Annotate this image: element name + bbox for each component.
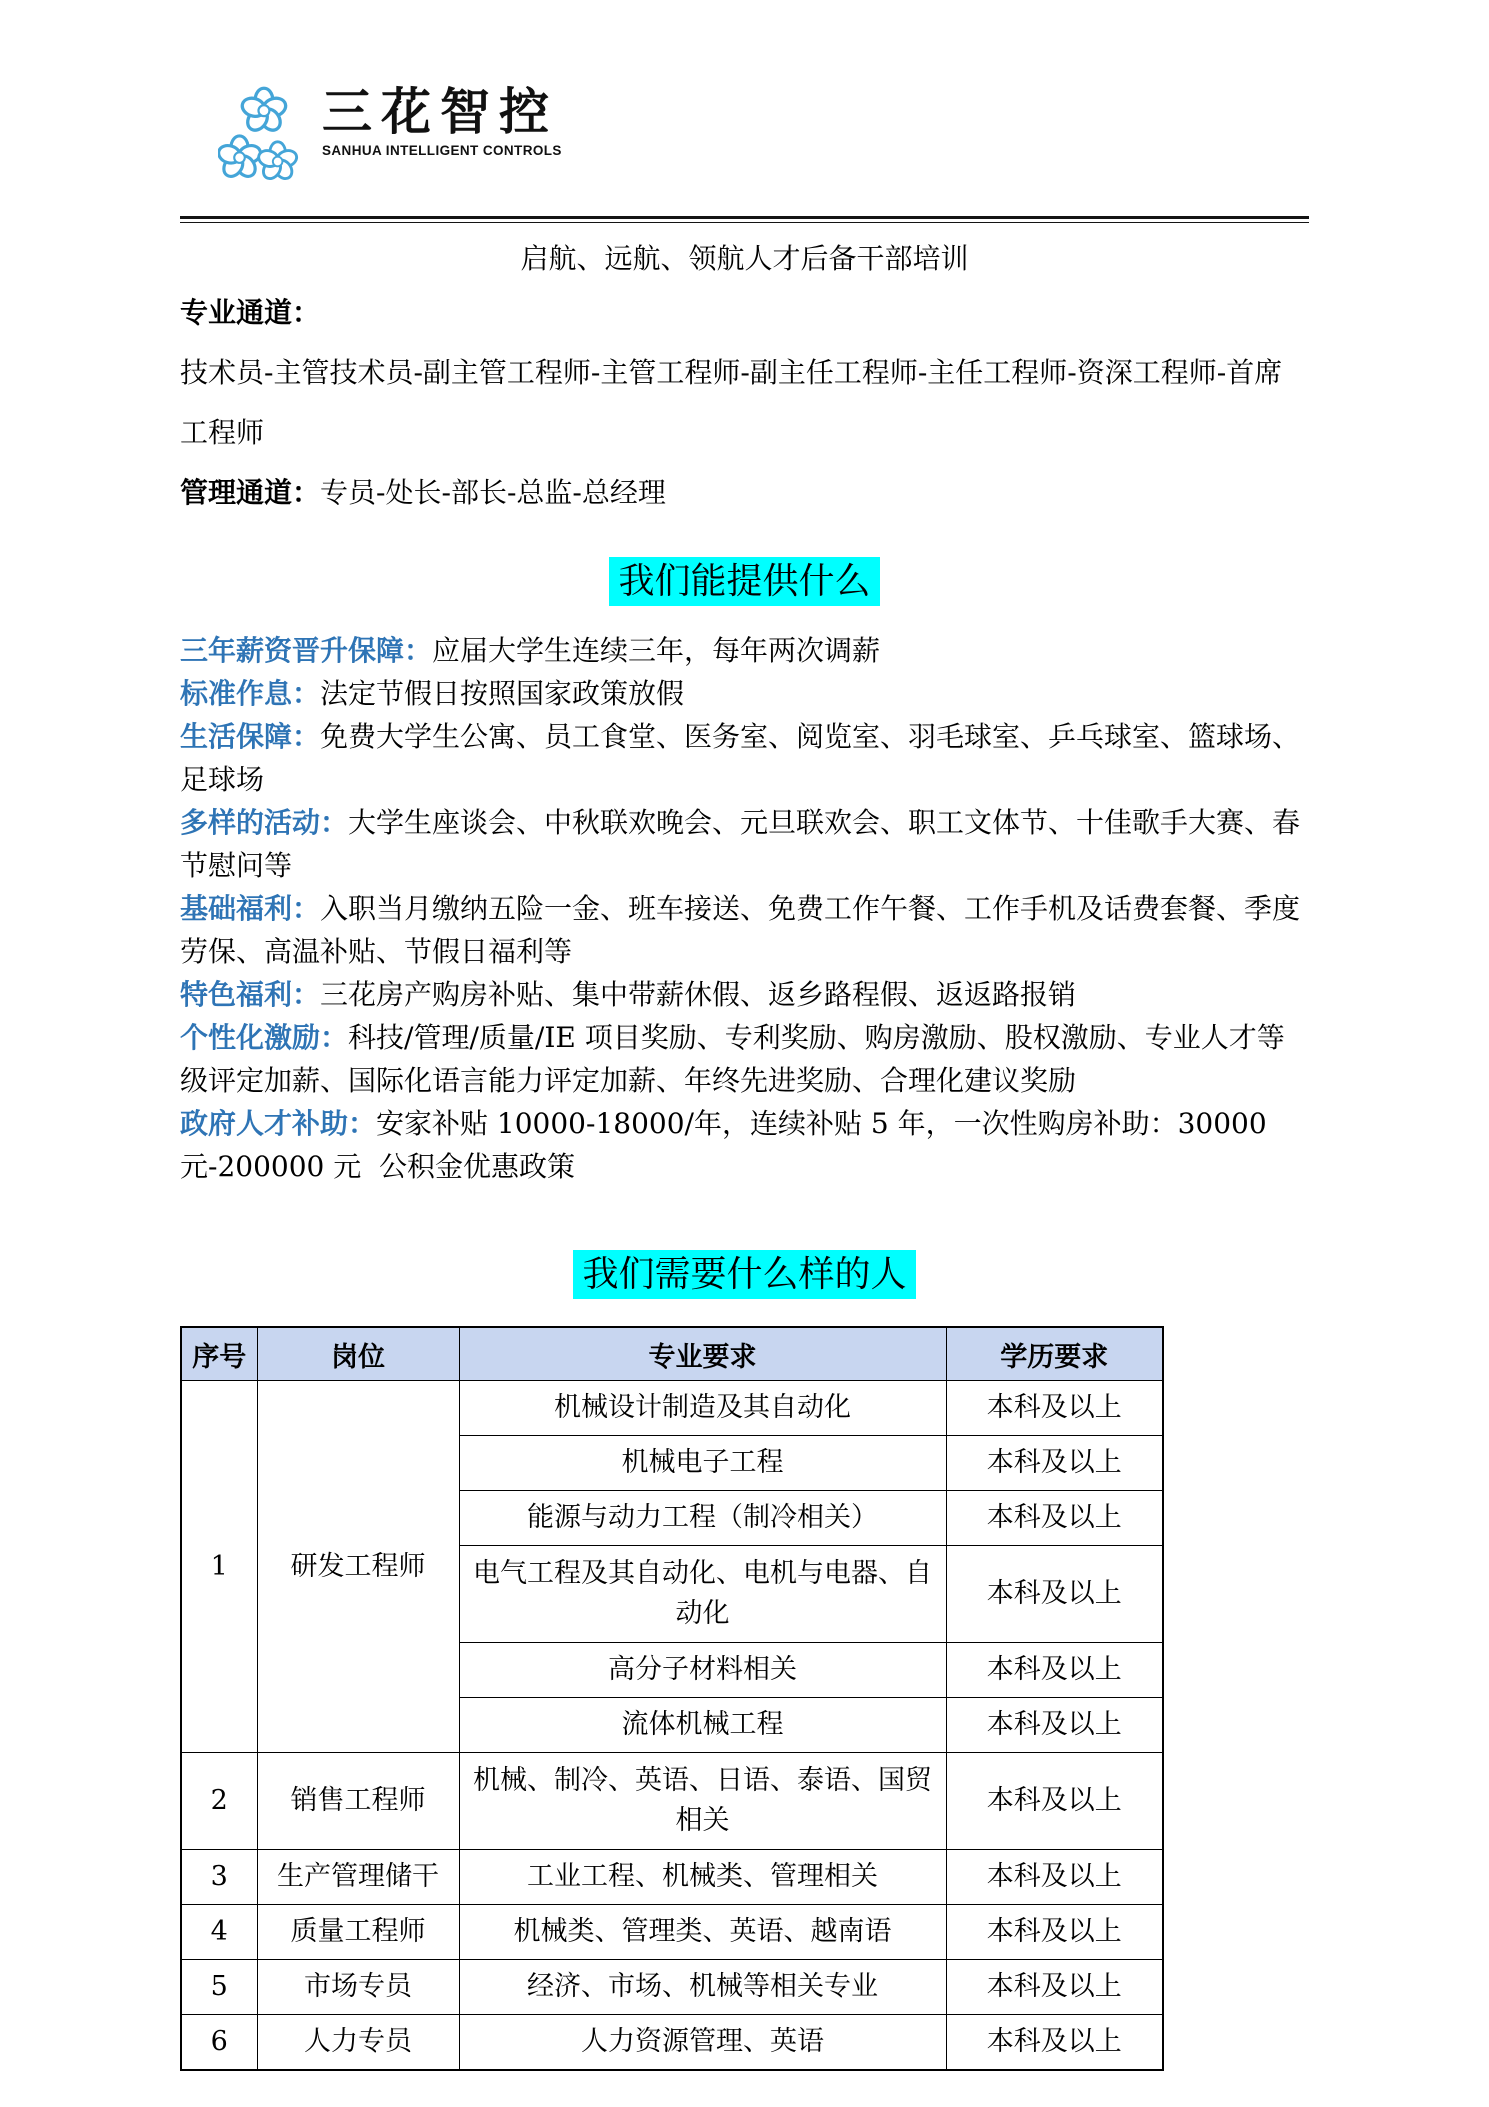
benefit-label: 三年薪资晋升保障： <box>180 634 432 667</box>
sanhua-flower-icon <box>218 84 306 196</box>
benefit-text: 法定节假日按照国家政策放假 <box>320 677 684 710</box>
management-channel-text: 专员-处长-部长-总监-总经理 <box>320 476 666 509</box>
professional-channel-label: 专业通道： <box>180 283 1309 343</box>
cell-serial-no: 4 <box>181 1905 257 1960</box>
benefit-label: 特色福利： <box>180 978 320 1011</box>
benefit-text: 免费大学生公寓、员工食堂、医务室、阅览室、羽毛球室、乒乓球室、篮球场、足球场 <box>180 720 1300 796</box>
logo-subtitle: SANHUA INTELLIGENT CONTROLS <box>322 143 562 158</box>
company-logo: 三花智控 SANHUA INTELLIGENT CONTROLS <box>218 84 1309 204</box>
table-header-cell: 岗位 <box>257 1327 459 1381</box>
cell-major-requirement: 流体机械工程 <box>459 1698 946 1753</box>
cell-major-requirement: 机械电子工程 <box>459 1436 946 1491</box>
benefits-list: 三年薪资晋升保障：应届大学生连续三年，每年两次调薪标准作息：法定节假日按照国家政… <box>180 629 1309 1188</box>
cell-degree-requirement: 本科及以上 <box>946 1491 1163 1546</box>
cell-major-requirement: 能源与动力工程（制冷相关） <box>459 1491 946 1546</box>
cell-major-requirement: 高分子材料相关 <box>459 1643 946 1698</box>
requirements-table: 序号岗位专业要求学历要求 1研发工程师机械设计制造及其自动化本科及以上机械电子工… <box>180 1326 1164 2071</box>
benefit-item: 生活保障：免费大学生公寓、员工食堂、医务室、阅览室、羽毛球室、乒乓球室、篮球场、… <box>180 715 1309 801</box>
cell-degree-requirement: 本科及以上 <box>946 1905 1163 1960</box>
cell-major-requirement: 人力资源管理、英语 <box>459 2015 946 2071</box>
benefit-item: 多样的活动：大学生座谈会、中秋联欢晚会、元旦联欢会、职工文体节、十佳歌手大赛、春… <box>180 801 1309 887</box>
cell-serial-no: 6 <box>181 2015 257 2071</box>
cell-degree-requirement: 本科及以上 <box>946 1850 1163 1905</box>
cell-degree-requirement: 本科及以上 <box>946 1698 1163 1753</box>
cell-degree-requirement: 本科及以上 <box>946 1753 1163 1850</box>
table-header-cell: 序号 <box>181 1327 257 1381</box>
cell-position: 人力专员 <box>257 2015 459 2071</box>
cell-degree-requirement: 本科及以上 <box>946 2015 1163 2071</box>
table-row: 3生产管理储干工业工程、机械类、管理相关本科及以上 <box>181 1850 1163 1905</box>
cell-serial-no: 5 <box>181 1960 257 2015</box>
document-page: 三花智控 SANHUA INTELLIGENT CONTROLS 启航、远航、领… <box>0 0 1489 2107</box>
cell-position: 市场专员 <box>257 1960 459 2015</box>
logo-text-block: 三花智控 SANHUA INTELLIGENT CONTROLS <box>322 84 562 158</box>
table-header-row: 序号岗位专业要求学历要求 <box>181 1327 1163 1381</box>
cell-position: 生产管理储干 <box>257 1850 459 1905</box>
cell-major-requirement: 机械类、管理类、英语、越南语 <box>459 1905 946 1960</box>
needs-section-heading-row: 我们需要什么样的人 <box>180 1250 1309 1300</box>
requirements-table-body: 1研发工程师机械设计制造及其自动化本科及以上机械电子工程本科及以上能源与动力工程… <box>181 1381 1163 2071</box>
cell-major-requirement: 机械设计制造及其自动化 <box>459 1381 946 1436</box>
management-channel-label: 管理通道： <box>180 476 320 509</box>
benefit-text: 大学生座谈会、中秋联欢晚会、元旦联欢会、职工文体节、十佳歌手大赛、春节慰问等 <box>180 806 1300 882</box>
benefit-label: 多样的活动： <box>180 806 348 839</box>
benefit-label: 基础福利： <box>180 892 320 925</box>
cell-serial-no: 3 <box>181 1850 257 1905</box>
benefit-item: 三年薪资晋升保障：应届大学生连续三年，每年两次调薪 <box>180 629 1309 672</box>
logo-title: 三花智控 <box>322 84 562 142</box>
benefit-text: 入职当月缴纳五险一金、班车接送、免费工作午餐、工作手机及话费套餐、季度劳保、高温… <box>180 892 1300 968</box>
cell-major-requirement: 经济、市场、机械等相关专业 <box>459 1960 946 2015</box>
cell-position: 质量工程师 <box>257 1905 459 1960</box>
cell-degree-requirement: 本科及以上 <box>946 1960 1163 2015</box>
cell-serial-no: 2 <box>181 1753 257 1850</box>
benefit-label: 标准作息： <box>180 677 320 710</box>
career-channels-block: 专业通道： 技术员-主管技术员-副主管工程师-主管工程师-副主任工程师-主任工程… <box>180 283 1309 523</box>
benefit-label: 政府人才补助： <box>180 1107 376 1140</box>
needs-section-heading: 我们需要什么样的人 <box>573 1250 915 1299</box>
benefit-label: 个性化激励： <box>180 1021 348 1054</box>
cell-major-requirement: 工业工程、机械类、管理相关 <box>459 1850 946 1905</box>
table-row: 6人力专员人力资源管理、英语本科及以上 <box>181 2015 1163 2071</box>
professional-channel-text: 技术员-主管技术员-副主管工程师-主管工程师-副主任工程师-主任工程师-资深工程… <box>180 343 1309 463</box>
table-row: 1研发工程师机械设计制造及其自动化本科及以上 <box>181 1381 1163 1436</box>
cell-degree-requirement: 本科及以上 <box>946 1546 1163 1643</box>
cell-serial-no: 1 <box>181 1381 257 1753</box>
benefit-item: 标准作息：法定节假日按照国家政策放假 <box>180 672 1309 715</box>
cell-position: 研发工程师 <box>257 1381 459 1753</box>
offer-section-heading: 我们能提供什么 <box>609 557 879 606</box>
management-channel-line: 管理通道：专员-处长-部长-总监-总经理 <box>180 463 1309 523</box>
cell-degree-requirement: 本科及以上 <box>946 1381 1163 1436</box>
cell-major-requirement: 电气工程及其自动化、电机与电器、自动化 <box>459 1546 946 1643</box>
benefit-item: 政府人才补助：安家补贴 10000-18000/年，连续补贴 5 年，一次性购房… <box>180 1102 1309 1188</box>
benefit-item: 特色福利：三花房产购房补贴、集中带薪休假、返乡路程假、返返路报销 <box>180 973 1309 1016</box>
cell-degree-requirement: 本科及以上 <box>946 1643 1163 1698</box>
offer-section-heading-row: 我们能提供什么 <box>180 557 1309 607</box>
benefit-item: 个性化激励：科技/管理/质量/IE 项目奖励、专利奖励、购房激励、股权激励、专业… <box>180 1016 1309 1102</box>
document-title: 启航、远航、领航人才后备干部培训 <box>180 239 1309 279</box>
table-row: 2销售工程师机械、制冷、英语、日语、泰语、国贸相关本科及以上 <box>181 1753 1163 1850</box>
cell-major-requirement: 机械、制冷、英语、日语、泰语、国贸相关 <box>459 1753 946 1850</box>
table-header-cell: 学历要求 <box>946 1327 1163 1381</box>
table-header-cell: 专业要求 <box>459 1327 946 1381</box>
table-row: 4质量工程师机械类、管理类、英语、越南语本科及以上 <box>181 1905 1163 1960</box>
header-divider <box>180 216 1309 223</box>
cell-degree-requirement: 本科及以上 <box>946 1436 1163 1491</box>
benefit-label: 生活保障： <box>180 720 320 753</box>
benefit-text: 应届大学生连续三年，每年两次调薪 <box>432 634 880 667</box>
cell-position: 销售工程师 <box>257 1753 459 1850</box>
benefit-text: 三花房产购房补贴、集中带薪休假、返乡路程假、返返路报销 <box>320 978 1076 1011</box>
table-row: 5市场专员经济、市场、机械等相关专业本科及以上 <box>181 1960 1163 2015</box>
benefit-item: 基础福利：入职当月缴纳五险一金、班车接送、免费工作午餐、工作手机及话费套餐、季度… <box>180 887 1309 973</box>
